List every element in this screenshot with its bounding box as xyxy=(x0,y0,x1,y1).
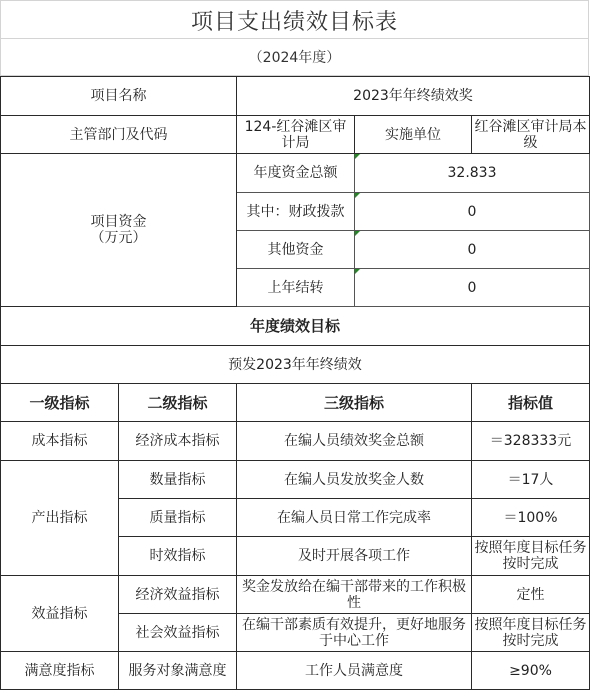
value-cell[interactable]: ＝17人 xyxy=(472,461,590,499)
impl-unit-value[interactable]: 红谷滩区审计局本级 xyxy=(472,116,590,154)
level1-output: 产出指标 xyxy=(1,461,119,576)
level3-cell[interactable]: 在编干部素质有效提升，更好地服务于中心工作 xyxy=(237,614,472,652)
funds-total-value[interactable]: 32.833 xyxy=(355,154,590,193)
dept-value[interactable]: 124-红谷滩区审计局 xyxy=(237,116,355,154)
funds-carryover-label: 上年结转 xyxy=(237,269,355,307)
level3-cell[interactable]: 在编人员发放奖金人数 xyxy=(237,461,472,499)
value-cell[interactable]: ＝328333元 xyxy=(472,422,590,461)
goal-table: 项目名称 2023年年终绩效奖 主管部门及代码 124-红谷滩区审计局 实施单位… xyxy=(0,76,590,690)
level3-cell[interactable]: 工作人员满意度 xyxy=(237,652,472,690)
value-cell[interactable]: 定性 xyxy=(472,576,590,614)
level3-cell[interactable]: 奖金发放给在编干部带来的工作积极性 xyxy=(237,576,472,614)
document-title: 项目支出绩效目标表 xyxy=(0,0,589,39)
value-cell[interactable]: 按照年度目标任务按时完成 xyxy=(472,614,590,652)
value-cell[interactable]: ＝100% xyxy=(472,499,590,537)
document-year: （2024年度） xyxy=(0,38,589,76)
level2-cell: 社会效益指标 xyxy=(119,614,237,652)
funds-fiscal-label: 其中：财政拨款 xyxy=(237,193,355,231)
funds-total-label: 年度资金总额 xyxy=(237,154,355,193)
level1-satisfaction: 满意度指标 xyxy=(1,652,119,690)
funds-fiscal-value[interactable]: 0 xyxy=(355,193,590,231)
performance-goal-sheet: 项目支出绩效目标表 （2024年度） 项目名称 2023年年终绩效奖 主管部门及… xyxy=(0,0,590,690)
level2-cell: 服务对象满意度 xyxy=(119,652,237,690)
value-cell[interactable]: ≥90% xyxy=(472,652,590,690)
funds-label-line1: 项目资金 xyxy=(3,214,234,230)
header-level1: 一级指标 xyxy=(1,384,119,422)
level3-cell[interactable]: 及时开展各项工作 xyxy=(237,537,472,576)
level1-cost: 成本指标 xyxy=(1,422,119,461)
level2-cell: 质量指标 xyxy=(119,499,237,537)
level2-cell: 时效指标 xyxy=(119,537,237,576)
level3-cell[interactable]: 在编人员日常工作完成率 xyxy=(237,499,472,537)
funds-other-value[interactable]: 0 xyxy=(355,231,590,269)
value-cell[interactable]: 按照年度目标任务按时完成 xyxy=(472,537,590,576)
level1-benefit: 效益指标 xyxy=(1,576,119,652)
level2-cell: 数量指标 xyxy=(119,461,237,499)
impl-unit-label: 实施单位 xyxy=(355,116,472,154)
header-level3: 三级指标 xyxy=(237,384,472,422)
funds-other-label: 其他资金 xyxy=(237,231,355,269)
project-name-label: 项目名称 xyxy=(1,77,237,116)
funds-label: 项目资金 （万元） xyxy=(1,154,237,307)
header-level2: 二级指标 xyxy=(119,384,237,422)
level2-cell: 经济效益指标 xyxy=(119,576,237,614)
level3-cell[interactable]: 在编人员绩效奖金总额 xyxy=(237,422,472,461)
level2-cell: 经济成本指标 xyxy=(119,422,237,461)
funds-label-line2: （万元） xyxy=(3,230,234,246)
annual-goal-heading: 年度绩效目标 xyxy=(1,307,590,346)
header-value: 指标值 xyxy=(472,384,590,422)
project-name-value[interactable]: 2023年年终绩效奖 xyxy=(237,77,590,116)
annual-goal-text[interactable]: 预发2023年年终绩效 xyxy=(1,346,590,384)
funds-carryover-value[interactable]: 0 xyxy=(355,269,590,307)
dept-label: 主管部门及代码 xyxy=(1,116,237,154)
